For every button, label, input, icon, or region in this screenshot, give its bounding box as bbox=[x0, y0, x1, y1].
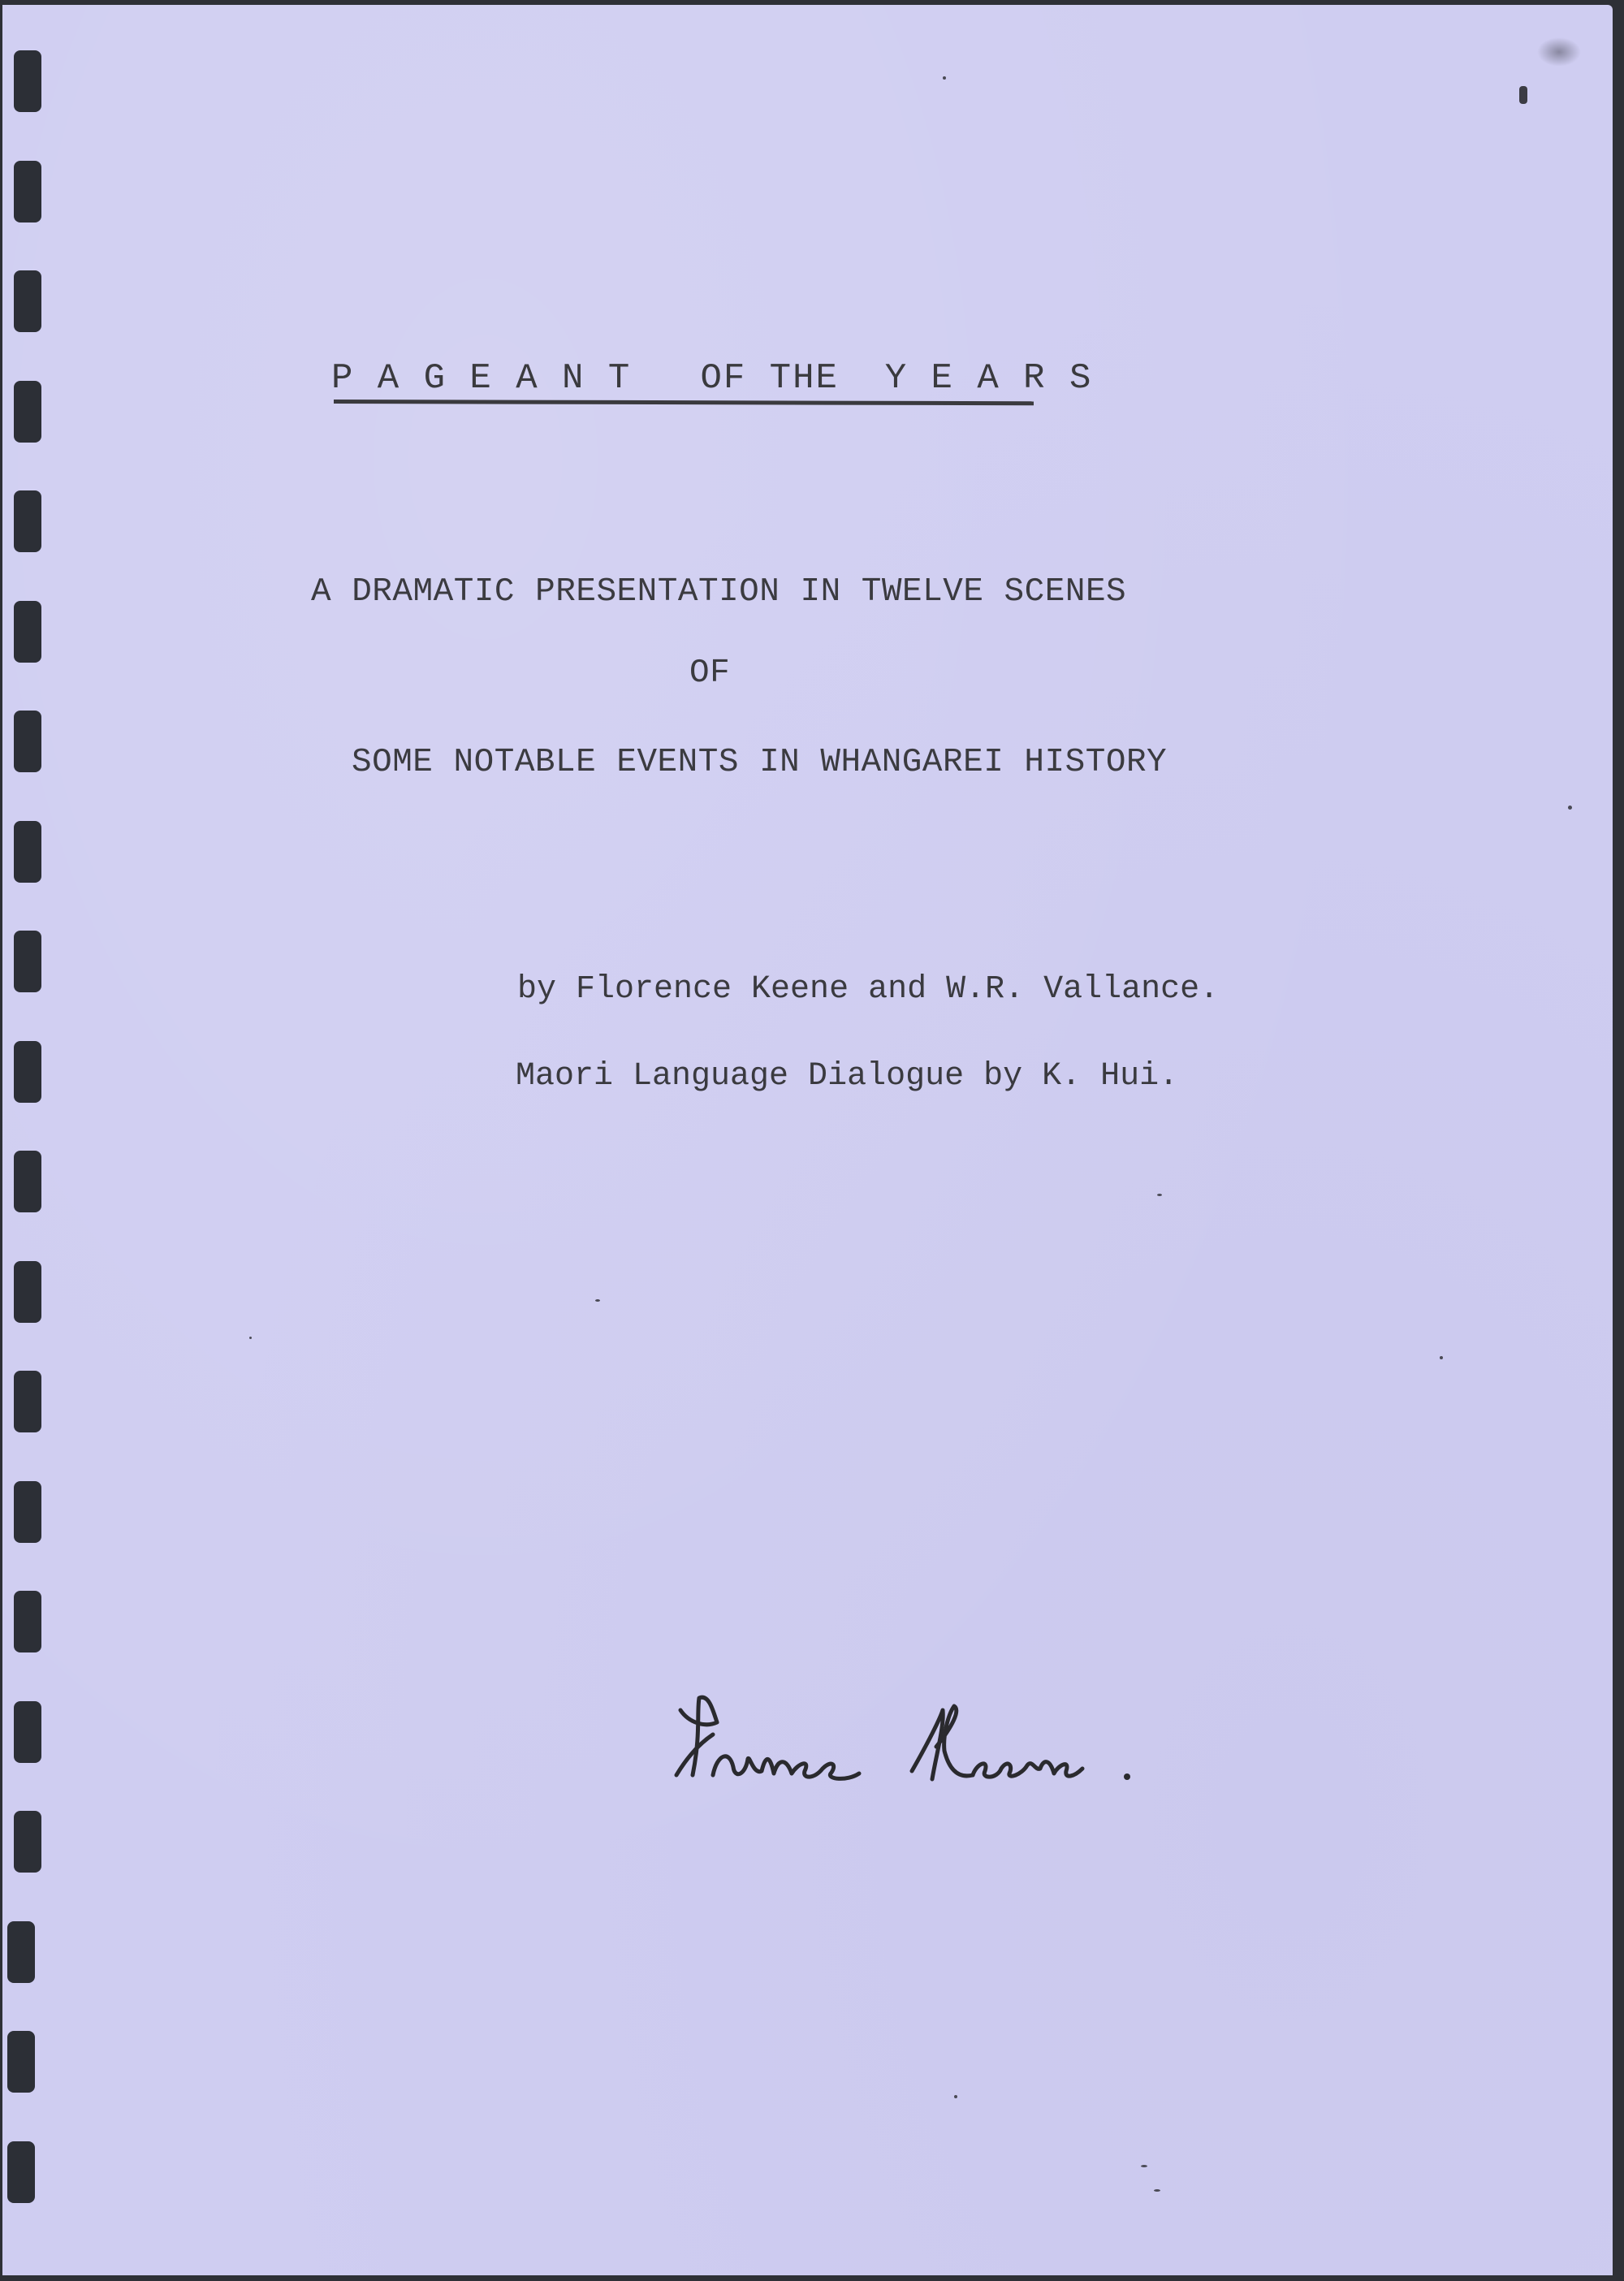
binding-hole bbox=[14, 490, 41, 552]
binding-hole bbox=[14, 1811, 41, 1873]
title-underline bbox=[334, 400, 1034, 405]
paper-speck bbox=[1440, 1356, 1443, 1359]
authors-credit: by Florence Keene and W.R. Vallance. bbox=[517, 971, 1219, 1008]
handwritten-signature bbox=[652, 1678, 1204, 1799]
ink-smudge bbox=[1537, 37, 1581, 67]
binding-hole bbox=[14, 381, 41, 443]
paper-speck bbox=[943, 76, 946, 80]
subtitle-line-3: SOME NOTABLE EVENTS IN WHANGAREI HISTORY bbox=[352, 744, 1167, 781]
binding-hole bbox=[14, 711, 41, 772]
paper-speck bbox=[954, 2095, 957, 2098]
binding-hole bbox=[14, 1261, 41, 1323]
binding-hole bbox=[14, 1701, 41, 1763]
binding-hole bbox=[7, 2031, 35, 2093]
paper-speck bbox=[1568, 806, 1572, 810]
binding-hole bbox=[14, 931, 41, 992]
binding-hole bbox=[14, 1481, 41, 1543]
binding-hole bbox=[7, 2141, 35, 2203]
binding-hole bbox=[14, 1371, 41, 1432]
subtitle-line-2: OF bbox=[689, 654, 730, 692]
document-title: P A G E A N T OF THE Y E A R S bbox=[331, 358, 1092, 399]
subtitle-line-1: A DRAMATIC PRESENTATION IN TWELVE SCENES bbox=[311, 573, 1126, 611]
paper-speck bbox=[249, 1337, 252, 1339]
binding-hole bbox=[14, 50, 41, 112]
paper-speck bbox=[595, 1299, 600, 1302]
paper-speck bbox=[1157, 1194, 1162, 1196]
comb-binding-holes bbox=[14, 5, 46, 2275]
binding-hole bbox=[14, 1151, 41, 1212]
maori-dialogue-credit: Maori Language Dialogue by K. Hui. bbox=[516, 1058, 1178, 1095]
binding-hole bbox=[14, 270, 41, 332]
ink-mark bbox=[1519, 86, 1527, 104]
document-page: P A G E A N T OF THE Y E A R S A DRAMATI… bbox=[2, 5, 1613, 2275]
paper-speck bbox=[1141, 2165, 1147, 2167]
binding-hole bbox=[14, 161, 41, 222]
binding-hole bbox=[14, 601, 41, 663]
paper-speck bbox=[1154, 2189, 1160, 2192]
binding-hole bbox=[14, 1041, 41, 1103]
binding-hole bbox=[14, 1591, 41, 1652]
binding-hole bbox=[7, 1921, 35, 1983]
binding-hole bbox=[14, 821, 41, 883]
